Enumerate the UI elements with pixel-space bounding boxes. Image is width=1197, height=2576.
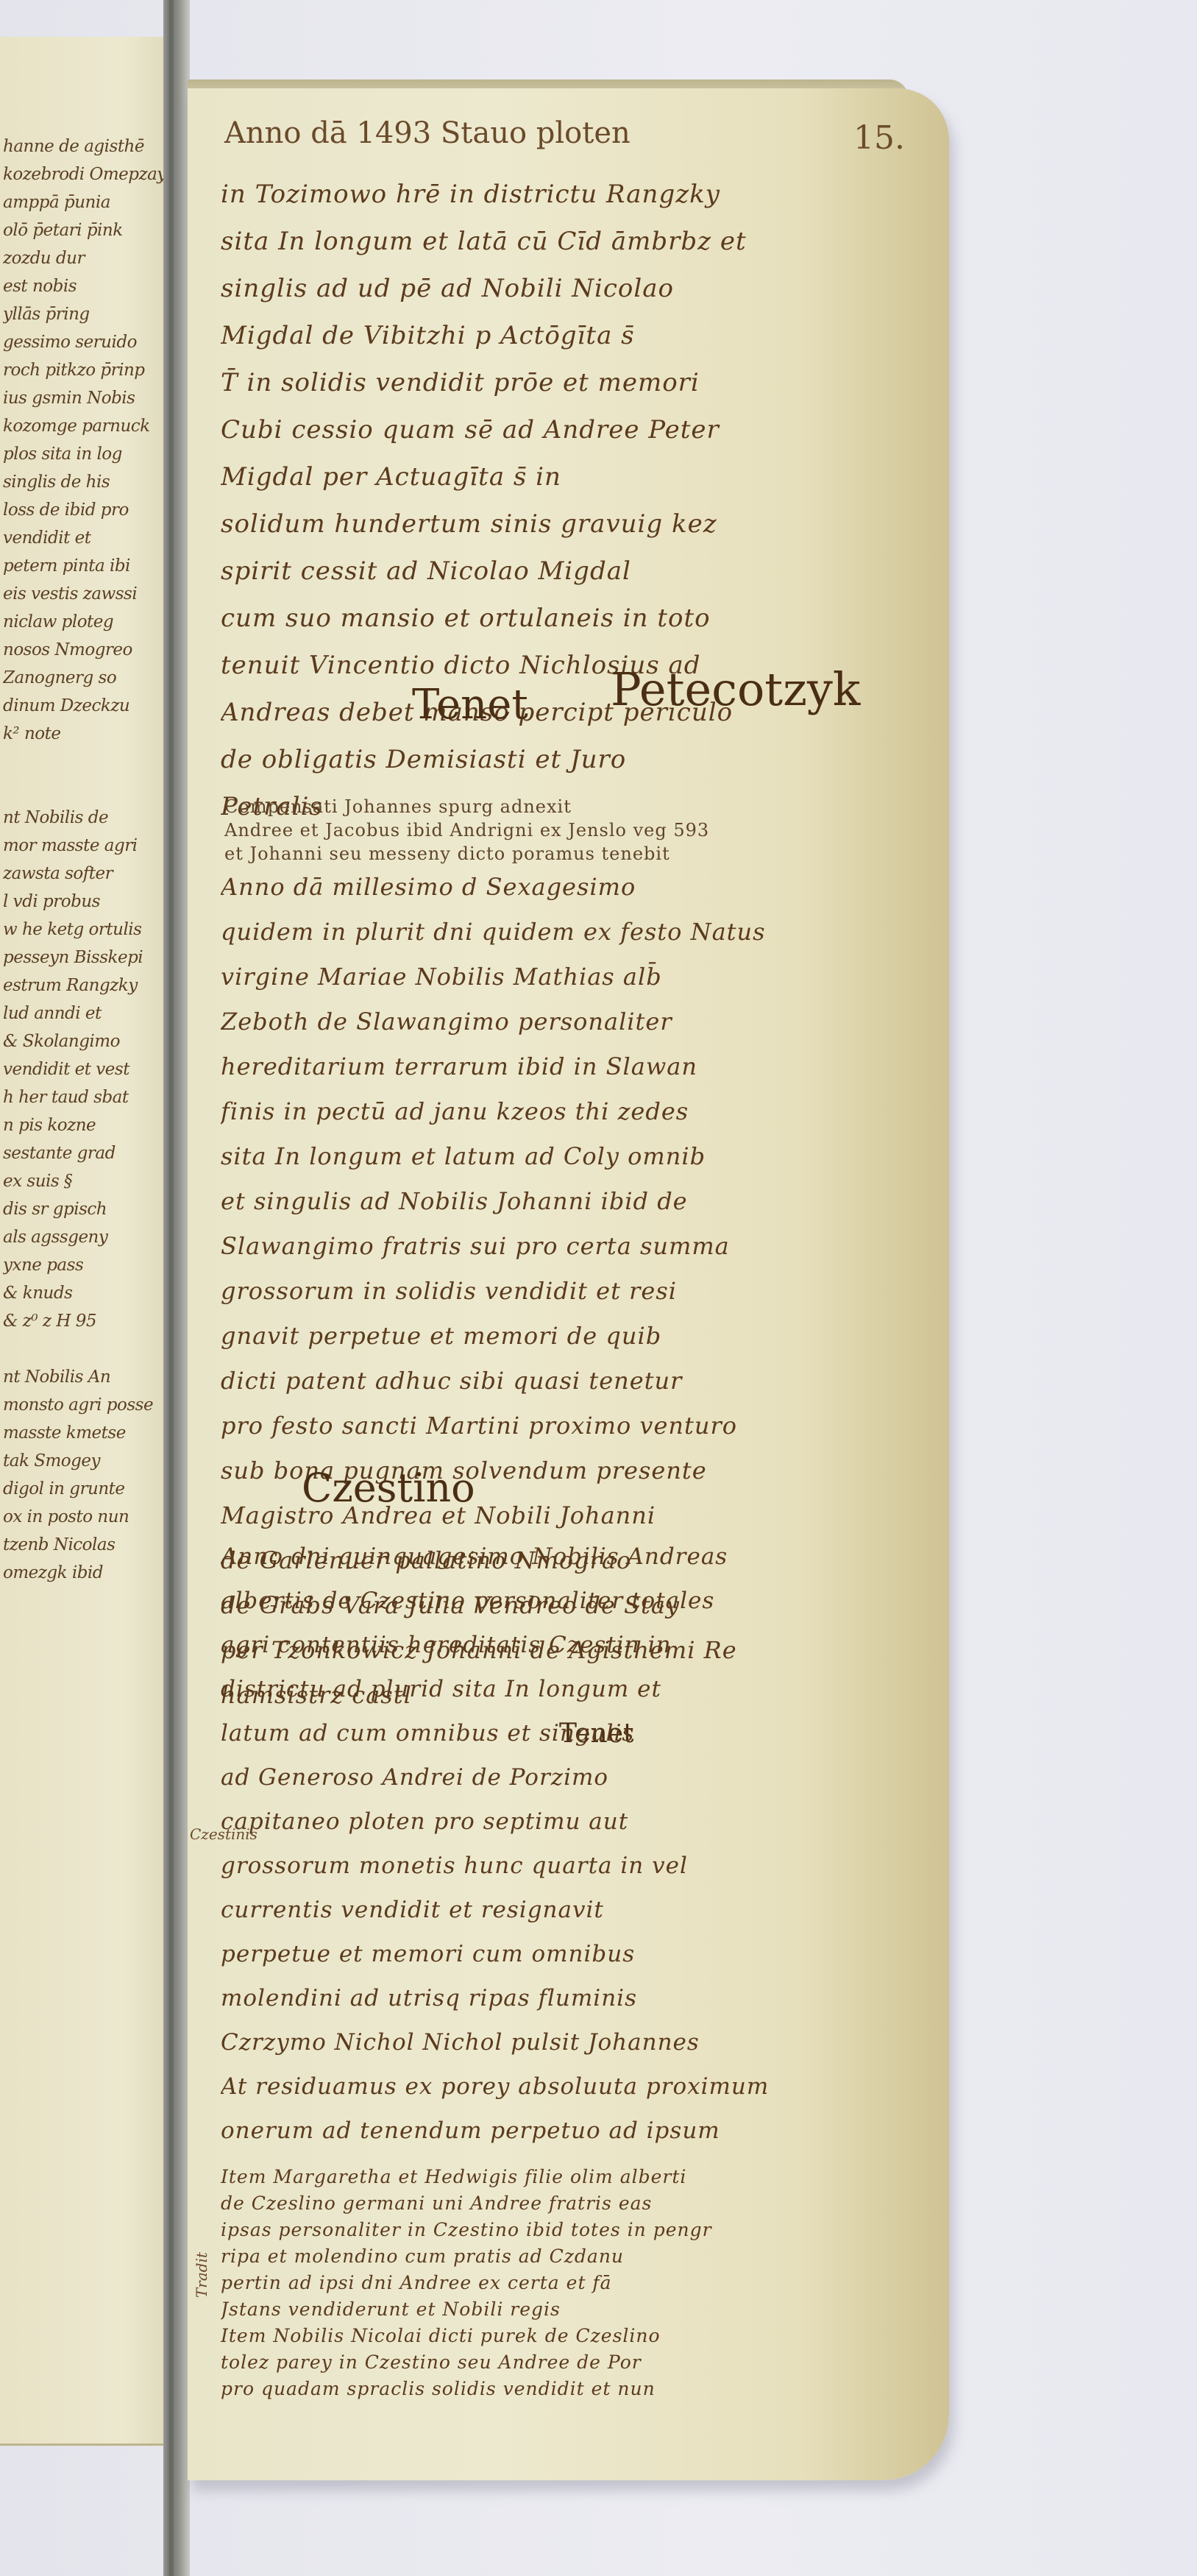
manuscript-line: tak Smogey [3,1447,168,1475]
left-page-text: hanne de agisthēkozebrodi Omepzayamppā … [3,132,168,1587]
manuscript-line: Item Nobilis Nicolai dicti purek de Czes… [221,2323,927,2349]
manuscript-line: Cubi cessio quam sē ad Andree Peter [221,406,927,453]
book-spine [163,0,190,2576]
manuscript-line: & Skolangimo [3,1027,168,1055]
manuscript-line: Jstans vendiderunt et Nobili regis [221,2296,927,2323]
manuscript-line: yllās p̄ring [3,300,168,328]
entry-1-signature: Petecotzyk [611,662,860,716]
manuscript-line: At residuamus ex porey absoluuta proximu… [221,2064,927,2109]
manuscript-line: latum ad cum omnibus et singulis [221,1711,927,1755]
manuscript-line: capitaneo ploten pro septimu aut [221,1800,927,1844]
manuscript-line: Czrzymo Nichol Nichol pulsit Johannes [221,2020,927,2064]
manuscript-line: vendidit et [3,524,168,552]
entry-2-note: Compensati Johannes spurg adnexitAndree … [224,795,909,866]
manuscript-line: mor masste agri [3,832,168,860]
manuscript-line [3,776,168,804]
manuscript-line: gessimo seruido [3,328,168,356]
entry-3-text: Anno dni quinquagesimo Nobilis Andreasal… [221,1535,927,2153]
manuscript-line [3,748,168,776]
manuscript-line: quidem in plurit dni quidem ex festo Nat… [221,910,927,955]
manuscript-line: & z⁰ z H 95 [3,1307,168,1335]
manuscript-line: dis sr gpisch [3,1195,168,1223]
section-heading: Czestino [302,1465,475,1511]
manuscript-line: nt Nobilis de [3,804,168,832]
manuscript-line: h her taud sbat [3,1083,168,1111]
manuscript-line: ox in posto nun [3,1503,168,1531]
manuscript-line: dicti patent adhuc sibi quasi tenetur [221,1359,927,1404]
manuscript-line: albertis de Czestino personaliter totale… [221,1579,927,1623]
manuscript-line: singlis de his [3,468,168,496]
manuscript-line: finis in pectū ad janu kzeos thi zedes [221,1089,927,1134]
manuscript-line: pertin ad ipsi dni Andree ex certa et fā [221,2270,927,2296]
manuscript-line: cum suo mansio et ortulaneis in toto [221,595,927,642]
manuscript-line: eis vestis zawssi [3,580,168,608]
manuscript-line: niclaw ploteg [3,608,168,636]
manuscript-line: roch pitkzo p̄rinp [3,356,168,384]
manuscript-line: Anno dā millesimo d Sexagesimo [221,865,927,910]
manuscript-line: grossorum in solidis vendidit et resi [221,1269,927,1314]
manuscript-line: perpetue et memori cum omnibus [221,1932,927,1976]
manuscript-line: estrum Rangzky [3,972,168,999]
manuscript-line: tolez parey in Czestino seu Andree de Po… [221,2349,927,2376]
spine-gap [169,0,174,2576]
left-page: hanne de agisthēkozebrodi Omepzayamppā … [0,37,177,2446]
manuscript-line: ius gsmin Nobis [3,384,168,412]
manuscript-line: gnavit perpetue et memori de quib [221,1314,927,1359]
manuscript-line: pro quadam spraclis solidis vendidit et … [221,2376,927,2402]
manuscript-line: ad Generoso Andrei de Porzimo [221,1755,927,1800]
manuscript-line: tzenb Nicolas [3,1531,168,1559]
manuscript-line: Anno dni quinquagesimo Nobilis Andreas [221,1535,927,1579]
manuscript-line: agri contentiis hereditatis Czestin in [221,1623,927,1667]
manuscript-line: et singulis ad Nobilis Johanni ibid de [221,1179,927,1224]
manuscript-line: vendidit et vest [3,1055,168,1083]
manuscript-line: Compensati Johannes spurg adnexit [224,795,909,818]
manuscript-line: virgine Mariae Nobilis Mathias alb̄ [221,955,927,999]
manuscript-line: T̄ in solidis vendidit prōe et memori [221,359,927,406]
manuscript-line: solidum hundertum sinis gravuig kez [221,500,927,548]
manuscript-line: kozebrodi Omepzay [3,160,168,188]
manuscript-line: Migdal per Actuagīta s̄ in [221,453,927,500]
folio-number: 15. [853,119,905,157]
manuscript-line: spirit cessit ad Nicolao Migdal [221,548,927,595]
manuscript-line: monsto agri posse [3,1391,168,1419]
manuscript-line: de Czeslino germani uni Andree fratris e… [221,2190,927,2217]
manuscript-line: pesseyn Bisskepi [3,944,168,972]
manuscript-line: sestante grad [3,1139,168,1167]
manuscript-line: nosos Nmogreo [3,636,168,664]
manuscript-line: l vdi probus [3,888,168,916]
entry-1-text: in Tozimowo hrē in districtu Rangzkysita… [221,171,927,830]
manuscript-line: Slawangimo fratris sui pro certa summa [221,1224,927,1269]
manuscript-line: hereditarium terrarum ibid in Slawan [221,1044,927,1089]
manuscript-line: est nobis [3,272,168,300]
manuscript-line: n pis kozne [3,1111,168,1139]
manuscript-line: omezgk ibid [3,1559,168,1587]
manuscript-line: grossorum monetis hunc quarta in vel [221,1844,927,1888]
manuscript-line: ipsas personaliter in Czestino ibid tote… [221,2217,927,2243]
manuscript-line: currentis vendidit et resignavit [221,1888,927,1932]
manuscript-line: w he ketg ortulis [3,916,168,944]
manuscript-line: in Tozimowo hrē in districtu Rangzky [221,171,927,218]
manuscript-line: ex suis § [3,1167,168,1195]
manuscript-line: olō p̄etari p̄ink [3,216,168,244]
manuscript-line: et Johanni seu messeny dicto poramus ten… [224,842,909,866]
manuscript-line: Zeboth de Slawangimo personaliter [221,999,927,1044]
entry-4-text: Item Margaretha et Hedwigis filie olim a… [221,2164,927,2402]
manuscript-line: dinum Dzeckzu [3,692,168,720]
manuscript-line: singlis ad ud pē ad Nobili Nicolao [221,265,927,312]
manuscript-line: pro festo sancti Martini proximo venturo [221,1404,927,1448]
manuscript-line: onerum ad tenendum perpetuo ad ipsum [221,2109,927,2153]
manuscript-line: & knuds [3,1279,168,1307]
manuscript-line: Andree et Jacobus ibid Andrigni ex Jensl… [224,818,909,842]
manuscript-line: yxne pass [3,1251,168,1279]
manuscript-line: hanne de agisthē [3,132,168,160]
manuscript-line: zozdu dur [3,244,168,272]
manuscript-line: lud anndi et [3,999,168,1027]
manuscript-line: Zanognerg so [3,664,168,692]
manuscript-line: loss de ibid pro [3,496,168,524]
manuscript-line: kozomge parnuck [3,412,168,440]
manuscript-line: Migdal de Vibitzhi p Actōgīta s̄ [221,312,927,359]
manuscript-line: petern pinta ibi [3,552,168,580]
manuscript-line: de obligatis Demisiasti et Juro [221,736,927,783]
manuscript-line: sita In longum et latum ad Coly omnib [221,1134,927,1179]
manuscript-line: nt Nobilis An [3,1363,168,1391]
entry-1-closing: Tenet [412,681,528,729]
manuscript-line: amppā p̄unia [3,188,168,216]
entry-4-margin-note: Tradit [193,2252,210,2298]
manuscript-line: als agssgeny [3,1223,168,1251]
manuscript-line: sita In longum et latā cū Cīd āmbrbz … [221,218,927,265]
manuscript-line: Item Margaretha et Hedwigis filie olim a… [221,2164,927,2190]
manuscript-line: ripa et molendino cum pratis ad Czdanu [221,2243,927,2270]
page-header: Anno dā 1493 Stauo ploten [224,116,631,150]
manuscript-line: districtu ad plurid sita In longum et [221,1667,927,1711]
manuscript-line [3,1335,168,1363]
manuscript-line: k² note [3,720,168,748]
manuscript-line: zawsta softer [3,860,168,888]
manuscript-line: digol in grunte [3,1475,168,1503]
manuscript-line: plos sita in log [3,440,168,468]
manuscript-line: molendini ad utrisq ripas fluminis [221,1976,927,2020]
manuscript-line: masste kmetse [3,1419,168,1447]
